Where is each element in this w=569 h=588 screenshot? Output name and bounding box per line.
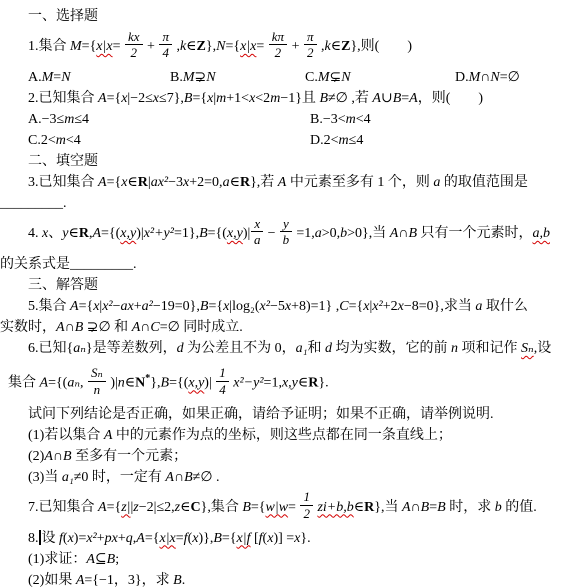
problem-1-options: A.M=NB.M⊋NC.M⊊ND.M∩N=∅	[0, 67, 569, 88]
text-segment: A	[409, 91, 418, 106]
text-segment: <4	[66, 133, 81, 148]
text-segment: ⊋	[195, 70, 207, 85]
fraction: yb	[279, 217, 293, 247]
text-segment: +2	[383, 299, 398, 314]
text-segment: −	[264, 226, 279, 241]
text-segment: (2)如果	[28, 573, 76, 588]
problem-3-blank: _________.	[0, 193, 569, 214]
text-segment: A	[86, 552, 95, 567]
text-segment: ∈	[298, 376, 308, 391]
text-segment: 取什么	[482, 299, 528, 314]
text-segment: N	[135, 376, 145, 391]
text-segment: =1,	[293, 226, 315, 241]
text-segment: 三、解答题	[28, 278, 98, 293]
text-segment: x,y	[188, 376, 204, 391]
text-segment: 和	[308, 341, 326, 356]
text-segment: =	[429, 500, 437, 515]
text-segment: aₙ	[67, 376, 80, 391]
text-segment: B	[213, 531, 222, 546]
fraction-denominator: n	[88, 382, 106, 397]
text-segment: ⊊	[330, 70, 342, 85]
text-segment: N	[61, 70, 70, 85]
text-segment: x|x	[159, 531, 175, 546]
text-segment: }是等差数列，	[86, 341, 177, 356]
text-segment: C	[190, 500, 200, 515]
text-segment: }.	[318, 376, 328, 391]
problem-6: 6.已知{aₙ}是等差数列，d 为公差且不为 0，a₁和 d 均为实数，它的前 …	[0, 338, 569, 359]
text-segment: 的值.	[502, 500, 537, 515]
fraction-denominator: 2	[269, 45, 287, 60]
text-segment: x²	[260, 299, 270, 314]
fraction-numerator: x	[251, 217, 263, 233]
text-segment: 试问下列结论是否正确，如果正确，请给予证明；如果不正确，请举例说明.	[28, 407, 494, 422]
text-segment: ,	[80, 376, 87, 391]
problem-5: 5.集合 A={x|x²−ax+a²−19=0},B={x|log₂(x²−5x…	[0, 296, 569, 317]
text-segment: =	[113, 39, 124, 54]
text-segment: A	[92, 226, 101, 241]
text-segment: (1)求证：	[28, 552, 86, 567]
text-segment: −8=0},求当	[404, 299, 476, 314]
text-segment: A	[372, 91, 381, 106]
text-segment: _________.	[0, 196, 67, 211]
text-segment: 4.	[28, 226, 42, 241]
text-segment: ={−1，3}，求	[84, 573, 173, 588]
text-segment: B	[242, 500, 251, 515]
text-segment: [	[250, 531, 258, 546]
text-segment: ={	[349, 299, 364, 314]
problem-8: 8.设 f(x)=x²+px+q,A={x|x=f(x)},B={x|f [f(…	[0, 528, 569, 549]
text-segment: N	[341, 70, 350, 85]
fraction-denominator: 2	[300, 506, 313, 521]
text-segment: ={	[79, 299, 94, 314]
text-segment: )},	[198, 531, 213, 546]
text-segment: a	[315, 226, 322, 241]
text-segment: )|	[204, 376, 215, 391]
text-segment: )|	[107, 376, 118, 391]
text-segment: +	[97, 531, 105, 546]
text-segment: 时，求	[446, 500, 495, 515]
text-segment: 8.	[28, 531, 39, 546]
fraction-numerator: kx	[125, 30, 143, 46]
text-segment: +	[144, 39, 159, 54]
fraction: 12	[299, 490, 314, 520]
text-segment: A	[402, 500, 411, 515]
text-segment: },	[150, 376, 160, 391]
fraction: kπ2	[268, 30, 288, 60]
problem-3: 3.已知集合 A={x∈R|ax²−3x+2=0,a∈R},若 A 中元素至多有…	[0, 172, 569, 193]
text-segment: R	[138, 175, 148, 190]
text-segment: )|	[243, 226, 250, 241]
text-segment: ≠∅ .	[193, 470, 220, 485]
text-segment: B	[421, 500, 430, 515]
text-segment: −5	[270, 299, 285, 314]
text-segment: ⊆	[95, 552, 107, 567]
text-segment: M	[70, 39, 82, 54]
text-segment: ={(	[169, 376, 188, 391]
text-segment: −3	[168, 175, 183, 190]
text-segment: (2)	[28, 449, 44, 464]
text-segment: N	[490, 70, 499, 85]
text-segment: x,y	[282, 376, 298, 391]
text-segment: 项和记作	[458, 341, 521, 356]
text-segment: d	[325, 341, 332, 356]
text-segment: |log₂(	[229, 299, 259, 314]
text-segment: =1,	[264, 376, 282, 391]
fraction-numerator: 1	[300, 490, 313, 506]
text-segment: R	[364, 500, 374, 515]
text-segment: 只有一个元素时，	[417, 226, 533, 241]
text-segment: A	[165, 470, 174, 485]
section-heading-choice: 一、选择题	[0, 6, 569, 27]
text-segment: x²	[102, 299, 112, 314]
text-segment: 集合	[8, 376, 40, 391]
text-segment: =∅	[500, 70, 520, 85]
text-segment: C	[339, 299, 348, 314]
problem-6-part-1: (1)若以集合 A 中的元素作为点的坐标，则这些点都在同一条直线上；	[0, 425, 569, 446]
text-cursor	[39, 530, 41, 545]
problem-7: 7.已知集合 A={z||z−2|≤2,z∈C},集合 B={w|w= 12 z…	[0, 488, 569, 528]
problem-4: 4. x、y∈R,A={(x,y)|x²+y²=1},B={(x,y)|xa −…	[0, 214, 569, 254]
text-segment: ={	[82, 39, 97, 54]
text-segment: ={(	[48, 376, 67, 391]
text-segment: ={	[251, 500, 266, 515]
text-segment: ∩	[411, 500, 421, 515]
text-segment: ，则( )	[418, 91, 483, 106]
problem-8-part-1: (1)求证：A⊆B;	[0, 549, 569, 570]
text-segment: 均为实数，它的前	[332, 341, 451, 356]
text-segment: B	[107, 552, 116, 567]
text-segment: Z	[197, 39, 206, 54]
text-segment: ∈	[180, 500, 190, 515]
text-segment: 实数时，	[0, 320, 56, 335]
text-segment: ={	[107, 91, 122, 106]
text-segment: =	[176, 531, 184, 546]
text-segment: ={	[222, 531, 237, 546]
text-segment: ∩	[174, 470, 184, 485]
fraction: Sₙn	[87, 366, 107, 396]
text-segment: 一、选择题	[28, 9, 98, 24]
text-segment: Sₙ	[521, 341, 534, 356]
text-segment: ∩	[140, 320, 150, 335]
text-segment: ∈	[127, 175, 137, 190]
text-segment: ={	[225, 39, 240, 54]
problem-4-continuation: 的关系式是_________.	[0, 254, 569, 275]
text-segment: ∩	[65, 320, 75, 335]
text-segment: ≤4	[349, 133, 364, 148]
text-segment: a₁	[296, 341, 308, 356]
text-segment: n	[451, 341, 458, 356]
text-segment: ={	[192, 91, 207, 106]
text-segment: a²	[142, 299, 153, 314]
text-segment: ={(	[208, 226, 227, 241]
text-segment: ,设	[534, 341, 552, 356]
text-segment: +2=0,	[189, 175, 222, 190]
fraction: π4	[158, 30, 173, 60]
text-segment: 二、填空题	[28, 154, 98, 169]
text-segment: ≠0 时，一定有	[74, 470, 166, 485]
text-segment: 的取值范围是	[440, 175, 528, 190]
text-segment: ∈	[68, 226, 78, 241]
text-segment: −19=0},	[153, 299, 200, 314]
text-segment: },若	[250, 175, 278, 190]
text-segment: ,	[318, 39, 325, 54]
text-segment: C.2<	[28, 133, 56, 148]
text-segment: zi+b,b	[317, 500, 353, 515]
text-segment: },	[206, 39, 216, 54]
text-segment: b	[495, 500, 502, 515]
text-segment: A	[40, 376, 49, 391]
text-segment: A	[98, 500, 107, 515]
word-document-view: { "colors": { "background": "#ffffff", "…	[0, 0, 569, 588]
text-segment: ≠∅ ,若	[328, 91, 372, 106]
text-segment: ={	[208, 299, 223, 314]
text-segment: B	[75, 320, 84, 335]
text-segment: q	[126, 531, 133, 546]
text-segment: =∅ 同时成立.	[160, 320, 243, 335]
text-segment: −2|≤2,	[139, 500, 175, 515]
text-segment: a,b	[533, 226, 551, 241]
text-segment: ax²	[151, 175, 168, 190]
text-segment: R	[240, 175, 250, 190]
text-segment: m	[64, 112, 74, 127]
option-cell: D.M∩N=∅	[455, 67, 520, 88]
text-segment: ∩	[480, 70, 490, 85]
fraction-denominator: 4	[216, 382, 229, 397]
text-segment: 5.集合	[28, 299, 70, 314]
problem-2-options-row-2: C.2<m<4D.2<m≤4	[0, 130, 569, 151]
text-segment: a₁	[62, 470, 74, 485]
text-segment: =	[288, 500, 299, 515]
text-segment: )|	[136, 226, 143, 241]
text-segment: M	[42, 70, 54, 85]
problem-5-continuation: 实数时，A∩B ⊋∅ 和 A∩C=∅ 同时成立.	[0, 317, 569, 338]
text-segment: 的关系式是	[0, 257, 70, 272]
text-segment: }.	[300, 531, 310, 546]
problem-6-part-2: (2)A∩B 至多有一个元素；	[0, 446, 569, 467]
fraction-numerator: 1	[216, 366, 229, 382]
text-segment: m	[56, 133, 66, 148]
problem-6-continuation: 集合 A={(aₙ, Sₙn )|n∈N*},B={(x,y)| 14 x²−y…	[0, 359, 569, 404]
text-segment: a	[223, 175, 230, 190]
option-cell: B.M⊋N	[170, 67, 305, 88]
text-segment: x²	[372, 299, 382, 314]
text-segment: +	[118, 531, 126, 546]
problem-1: 1.集合 M={x|x= kx2 + π4 ,k∈Z},N={x|x= kπ2 …	[0, 27, 569, 67]
text-segment: B	[161, 376, 170, 391]
problem-6-instruction: 试问下列结论是否正确，如果正确，请给予证明；如果不正确，请举例说明.	[0, 404, 569, 425]
fraction: xa	[250, 217, 264, 247]
text-segment: A	[70, 299, 79, 314]
text-segment: 7.已知集合	[28, 500, 98, 515]
option-cell: B.−3<m<4	[310, 109, 371, 130]
text-segment: ={	[145, 531, 160, 546]
text-segment: ,	[173, 39, 180, 54]
text-segment: 设	[42, 531, 60, 546]
text-segment: M	[318, 70, 330, 85]
text-segment: .	[182, 573, 186, 588]
text-segment: B.−3<	[310, 112, 346, 127]
text-segment: =	[256, 39, 267, 54]
text-segment: x|x	[240, 39, 256, 54]
text-segment: m	[339, 133, 349, 148]
text-segment: +	[288, 39, 303, 54]
text-segment: B	[173, 573, 182, 588]
text-segment: x²	[86, 531, 96, 546]
text-segment: +	[134, 299, 142, 314]
text-segment: m	[216, 91, 226, 106]
text-segment: _________.	[70, 257, 137, 272]
fraction-numerator: π	[304, 30, 317, 46]
text-segment: +1<	[226, 91, 249, 106]
text-segment: w|w	[266, 500, 289, 515]
text-segment: B	[199, 226, 208, 241]
text-segment: x,y	[227, 226, 243, 241]
text-segment: n	[118, 376, 125, 391]
text-segment: ∩	[398, 226, 408, 241]
section-heading-fill-blank: 二、填空题	[0, 151, 569, 172]
text-segment: ;	[115, 552, 119, 567]
text-segment: },当	[374, 500, 402, 515]
option-cell: C.2<m<4	[28, 130, 310, 151]
text-segment: M	[183, 70, 195, 85]
text-segment: B	[63, 449, 72, 464]
text-segment: B.	[170, 70, 183, 85]
fraction-numerator: kπ	[269, 30, 287, 46]
problem-6-part-3: (3)当 a₁≠0 时，一定有 A∩B≠∅ .	[0, 467, 569, 488]
text-segment: ∈	[354, 500, 364, 515]
fraction-numerator: y	[280, 217, 292, 233]
text-segment: 2.已知集合	[28, 91, 98, 106]
option-cell: A.−3≤m≤4	[28, 109, 310, 130]
text-segment: ∩	[53, 449, 63, 464]
text-segment: 中元素至多有 1 个，则	[286, 175, 433, 190]
text-segment: ={	[107, 500, 122, 515]
text-segment: 至多有一个元素；	[72, 449, 188, 464]
text-segment: )=	[74, 531, 87, 546]
text-segment: x,y	[120, 226, 136, 241]
text-segment: m	[270, 91, 280, 106]
text-segment: <2	[255, 91, 270, 106]
text-segment: ∈	[331, 39, 341, 54]
text-segment: ∈	[186, 39, 196, 54]
text-segment: x|x	[96, 39, 112, 54]
text-segment: ∈	[125, 376, 135, 391]
text-segment: |−2≤	[127, 91, 152, 106]
fraction-numerator: Sₙ	[88, 366, 106, 382]
text-segment: },则( )	[350, 39, 412, 54]
text-segment: ≤7},	[159, 91, 184, 106]
text-segment: 、	[48, 226, 62, 241]
text-segment: ≤4	[74, 112, 89, 127]
text-segment: A	[98, 91, 107, 106]
text-segment: aₙ	[73, 341, 86, 356]
text-segment: ∪	[381, 91, 393, 106]
text-segment: =	[401, 91, 409, 106]
section-heading-solution: 三、解答题	[0, 275, 569, 296]
fraction-denominator: b	[280, 232, 292, 247]
text-segment: (3)当	[28, 470, 62, 485]
text-segment: 3.已知集合	[28, 175, 98, 190]
text-segment: B	[319, 91, 328, 106]
text-segment: ={(	[101, 226, 120, 241]
problem-2-options-row-1: A.−3≤m≤4B.−3<m<4	[0, 109, 569, 130]
text-segment: x²−y²	[233, 376, 263, 391]
text-segment: x²+y²	[144, 226, 174, 241]
document-page[interactable]: 一、选择题1.集合 M={x|x= kx2 + π4 ,k∈Z},N={x|x=…	[0, 6, 569, 588]
text-segment: A.	[28, 70, 42, 85]
text-segment: )] =	[273, 531, 294, 546]
text-segment: m	[346, 112, 356, 127]
text-segment: 6.已知{	[28, 341, 73, 356]
text-segment: A.−3≤	[28, 112, 64, 127]
text-segment: R	[79, 226, 89, 241]
text-segment: 1.集合	[28, 39, 70, 54]
fraction: kx2	[124, 30, 144, 60]
text-segment: ∈	[230, 175, 240, 190]
text-segment: −	[113, 299, 121, 314]
text-segment: px	[105, 531, 118, 546]
text-segment: },集合	[201, 500, 243, 515]
fraction-numerator: π	[159, 30, 172, 46]
option-cell: D.2<m≤4	[310, 130, 363, 151]
text-segment: A	[136, 531, 145, 546]
option-cell: A.M=N	[28, 67, 170, 88]
text-segment: B	[184, 470, 193, 485]
text-segment: ax	[121, 299, 134, 314]
text-segment: B	[437, 500, 446, 515]
problem-2: 2.已知集合 A={x|−2≤x≤7},B={x|m+1<x<2m−1}且 B≠…	[0, 88, 569, 109]
fraction-denominator: a	[251, 232, 263, 247]
text-segment: D.	[455, 70, 469, 85]
text-segment: <4	[356, 112, 371, 127]
text-segment: A	[132, 320, 141, 335]
text-segment: +8)=1} ,	[291, 299, 339, 314]
text-segment: N	[206, 70, 215, 85]
text-segment: 中的元素作为点的坐标，则这些点都在同一条直线上；	[112, 428, 452, 443]
text-segment: >0,	[322, 226, 340, 241]
fraction-denominator: 2	[304, 45, 317, 60]
option-cell: C.M⊊N	[305, 67, 455, 88]
text-segment: C	[150, 320, 159, 335]
text-segment: B	[408, 226, 417, 241]
fraction-denominator: 4	[159, 45, 172, 60]
text-segment: A	[56, 320, 65, 335]
text-segment: D.2<	[310, 133, 339, 148]
text-segment: −1}且	[280, 91, 319, 106]
fraction: π2	[303, 30, 318, 60]
text-segment: =1},	[174, 226, 199, 241]
text-segment: (1)若以集合	[28, 428, 104, 443]
text-segment: M	[469, 70, 481, 85]
text-segment: ⊋∅ 和	[83, 320, 131, 335]
text-segment: C.	[305, 70, 318, 85]
text-segment: x|f	[237, 531, 251, 546]
text-segment: d	[177, 341, 184, 356]
text-segment: 为公差且不为 0，	[184, 341, 296, 356]
fraction: 14	[215, 366, 230, 396]
problem-8-part-2: (2)如果 A={−1，3}，求 B.	[0, 570, 569, 588]
fraction-denominator: 2	[125, 45, 143, 60]
text-segment: ={	[107, 175, 122, 190]
text-segment: B	[393, 91, 402, 106]
text-segment: R	[308, 376, 318, 391]
text-segment: A	[98, 175, 107, 190]
text-segment: >0},当	[347, 226, 390, 241]
text-segment: A	[44, 449, 53, 464]
